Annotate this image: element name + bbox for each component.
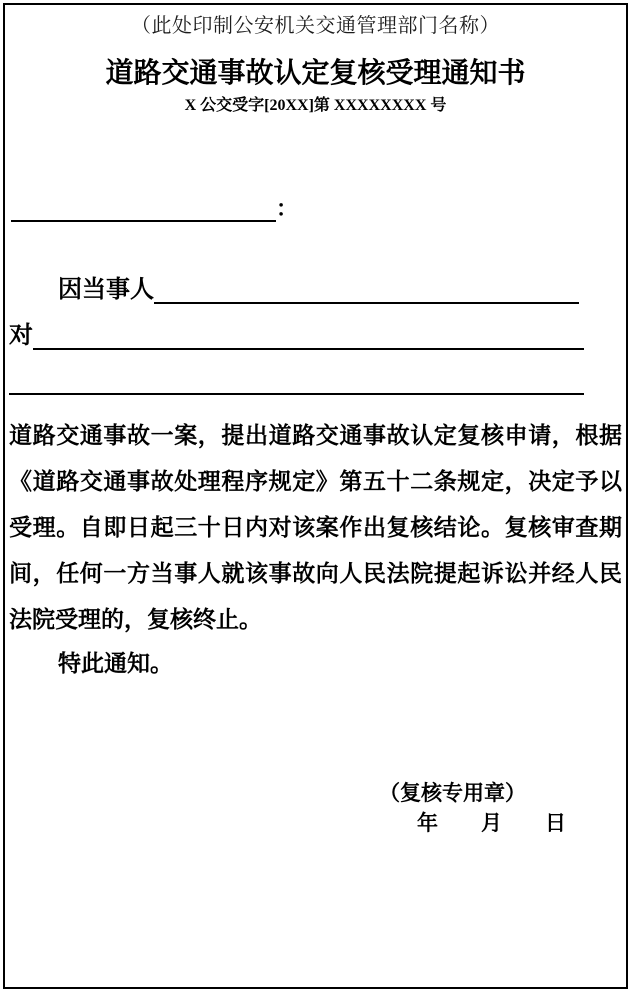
document-page: （此处印制公安机关交通管理部门名称） 道路交通事故认定复核受理通知书 X 公交受… bbox=[3, 3, 628, 989]
day-label: 日 bbox=[545, 812, 566, 835]
document-number: X 公交受字[20XX]第 XXXXXXXX 号 bbox=[9, 96, 622, 116]
page-title: 道路交通事故认定复核受理通知书 bbox=[9, 57, 622, 91]
body-line: 法院受理的，复核终止。 bbox=[9, 596, 622, 642]
body-line: 《道路交通事故处理程序规定》第五十二条规定，决定予以 bbox=[9, 458, 622, 504]
greeting-line: ： bbox=[9, 196, 622, 222]
greeting-colon: ： bbox=[276, 196, 298, 221]
month-label: 月 bbox=[481, 812, 502, 835]
review-stamp-placeholder: （复核专用章） bbox=[9, 780, 622, 807]
object-line: 对 bbox=[9, 322, 622, 350]
addressee-blank-field[interactable] bbox=[11, 198, 276, 222]
continuation-blank-field[interactable] bbox=[9, 393, 584, 395]
body-line: 受理。自即日起三十日内对该案作出复核结论。复核审查期 bbox=[9, 504, 622, 550]
object-label: 对 bbox=[9, 322, 33, 350]
party-name-blank-field[interactable] bbox=[154, 278, 579, 304]
signature-block: （复核专用章） 年月日 bbox=[9, 780, 622, 837]
party-label: 因当事人 bbox=[58, 276, 154, 304]
org-header-placeholder: （此处印制公安机关交通管理部门名称） bbox=[9, 14, 622, 38]
party-line: 因当事人 bbox=[9, 276, 622, 304]
body-line: 间，任何一方当事人就该事故向人民法院提起诉讼并经人民 bbox=[9, 550, 622, 596]
notice-closing-line: 特此通知。 bbox=[9, 642, 622, 684]
accident-description-blank-field[interactable] bbox=[33, 324, 584, 350]
year-label: 年 bbox=[417, 812, 438, 835]
date-line: 年月日 bbox=[9, 810, 622, 837]
continuation-line bbox=[9, 350, 622, 395]
body-paragraph: 道路交通事故一案，提出道路交通事故认定复核申请，根据 《道路交通事故处理程序规定… bbox=[9, 412, 622, 684]
body-line: 道路交通事故一案，提出道路交通事故认定复核申请，根据 bbox=[9, 412, 622, 458]
